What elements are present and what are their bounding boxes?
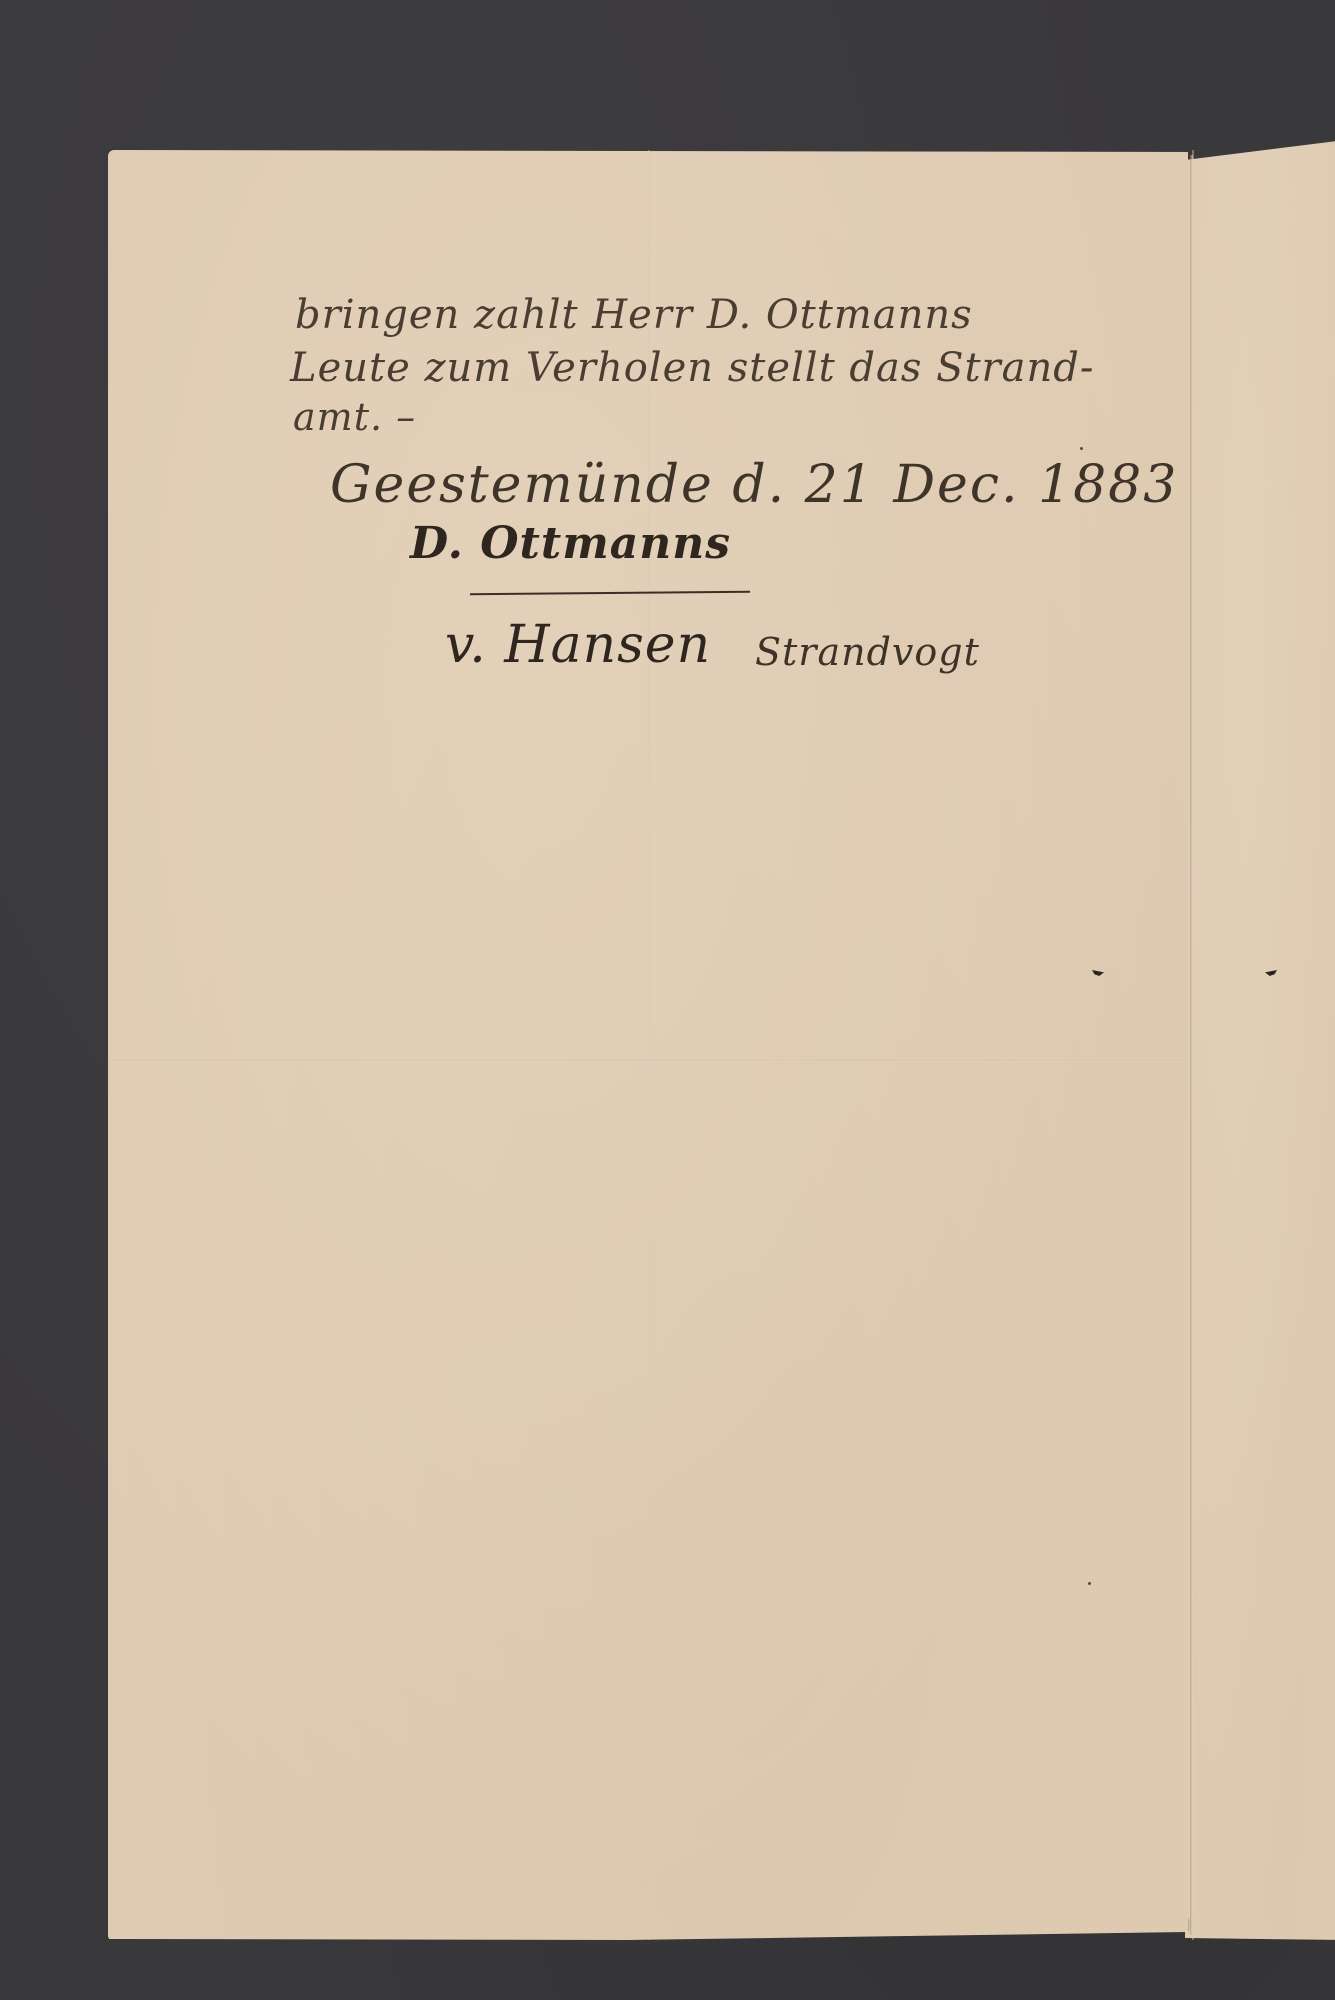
horizontal-fold-crease [108, 1060, 1188, 1062]
vertical-fold-crease [648, 150, 650, 1940]
place-date-line: Geestemünde d. 21 Dec. 1883 [330, 455, 1178, 515]
signature-title: Strandvogt [755, 630, 980, 674]
signature-strandvogt: v. Hansen [445, 615, 711, 675]
body-line-3: amt. – [293, 395, 416, 439]
right-fold-crease [1192, 150, 1194, 1940]
signature-ottmanns: D. Ottmanns [410, 518, 731, 569]
adjacent-page-right [1185, 140, 1335, 1940]
paper-speck [1088, 1582, 1091, 1585]
body-line-1: bringen zahlt Herr D. Ottmanns [295, 292, 973, 338]
body-line-2: Leute zum Verholen stellt das Strand- [290, 345, 1094, 391]
paper-speck [1080, 447, 1083, 450]
